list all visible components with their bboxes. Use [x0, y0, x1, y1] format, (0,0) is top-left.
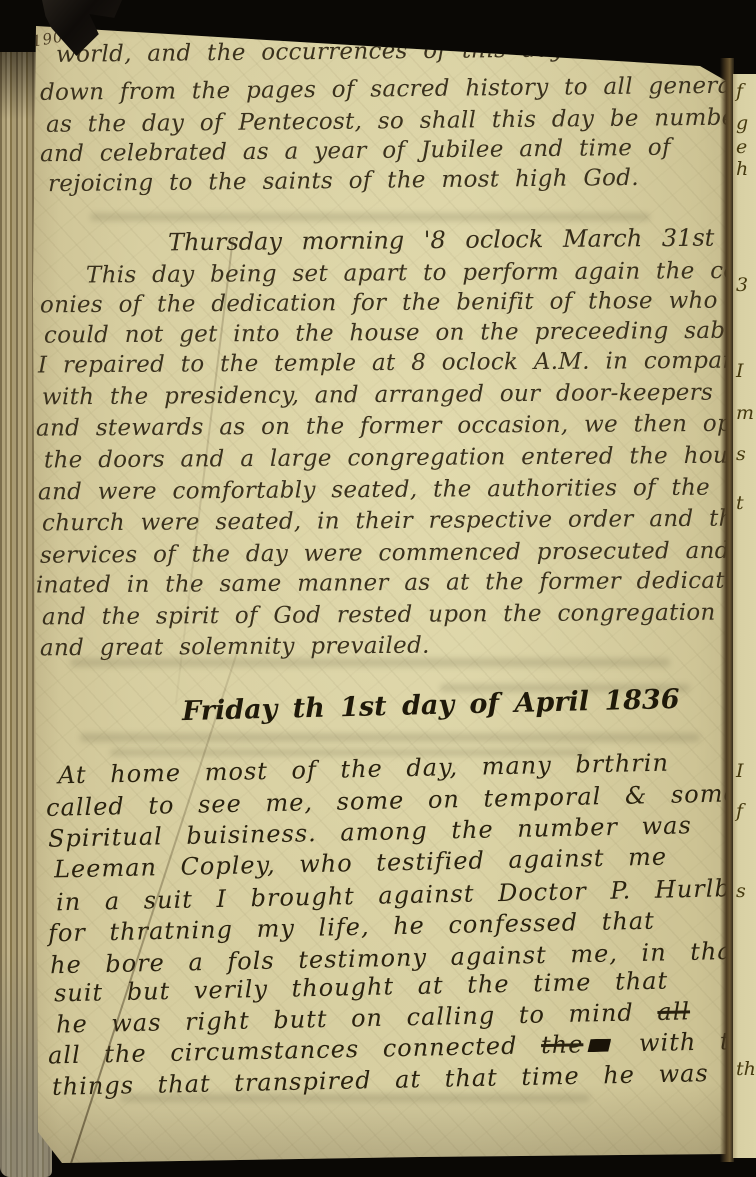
- facing-page-fragment: I: [736, 762, 744, 781]
- facing-page-fragment: f: [736, 82, 743, 101]
- journal-line: inated in the same manner as at the form…: [36, 569, 756, 597]
- struck-word: all: [657, 997, 690, 1026]
- journal-line: and the spirit of God rested upon the co…: [42, 602, 716, 630]
- facing-page-fragment: f: [736, 802, 743, 821]
- entry-heading-april-1: Friday th 1st day of April 1836: [182, 686, 680, 725]
- facing-page-fragment: s: [736, 882, 746, 901]
- facing-page-fragment: 3: [736, 276, 748, 295]
- journal-line: with the presidency, and arranged our do…: [42, 382, 713, 410]
- gutter-shadow: [720, 58, 734, 1162]
- show-through: [90, 213, 650, 221]
- journal-line: and were comfortably seated, the authori…: [38, 477, 710, 505]
- journal-line: I repaired to the temple at 8 oclock A.M…: [38, 350, 751, 378]
- journal-line: This day being set apart to perform agai…: [86, 260, 756, 288]
- struck-word: the: [541, 1030, 584, 1059]
- journal-line: as the day of Pentecost, so shall this d…: [46, 106, 756, 137]
- journal-line: down from the pages of sacred history to…: [40, 74, 756, 105]
- journal-line: onies of the dedication for the benifit …: [40, 290, 718, 318]
- facing-page-fragment: s: [736, 445, 746, 464]
- journal-page: 190 world, and the occurrences of this d…: [0, 0, 756, 1177]
- facing-page-edge: f g e h 3 I m s t I f s th: [733, 74, 756, 1158]
- journal-line: could not get into the house on the prec…: [44, 319, 756, 347]
- ink-blot: [587, 1039, 611, 1052]
- journal-book: 190 world, and the occurrences of this d…: [0, 0, 756, 1177]
- journal-line: church were seated, in their respective …: [42, 508, 748, 536]
- journal-line: world, and the occurrences of this day s…: [56, 36, 756, 67]
- journal-line: services of the day were commenced prose…: [40, 539, 756, 567]
- facing-page-fragment: e: [736, 138, 747, 157]
- facing-page-fragment: h: [736, 160, 748, 179]
- facing-page-fragment: g: [736, 114, 748, 133]
- journal-line: and great solemnity prevailed.: [40, 635, 430, 661]
- journal-line: and stewards as on the former occasion, …: [36, 412, 756, 440]
- show-through: [80, 733, 700, 742]
- journal-line: the doors and a large congregation enter…: [44, 445, 754, 473]
- facing-page-fragment: th: [736, 1060, 756, 1079]
- facing-page-fragment: I: [736, 362, 744, 381]
- journal-line: rejoicing to the saints of the most high…: [48, 167, 639, 196]
- entry-heading-march-31: Thursday morning '8 oclock March 31st: [168, 226, 715, 255]
- facing-page-fragment: m: [736, 404, 754, 423]
- facing-page-fragment: t: [736, 494, 744, 513]
- journal-line: and celebrated as a year of Jubilee and …: [40, 137, 671, 167]
